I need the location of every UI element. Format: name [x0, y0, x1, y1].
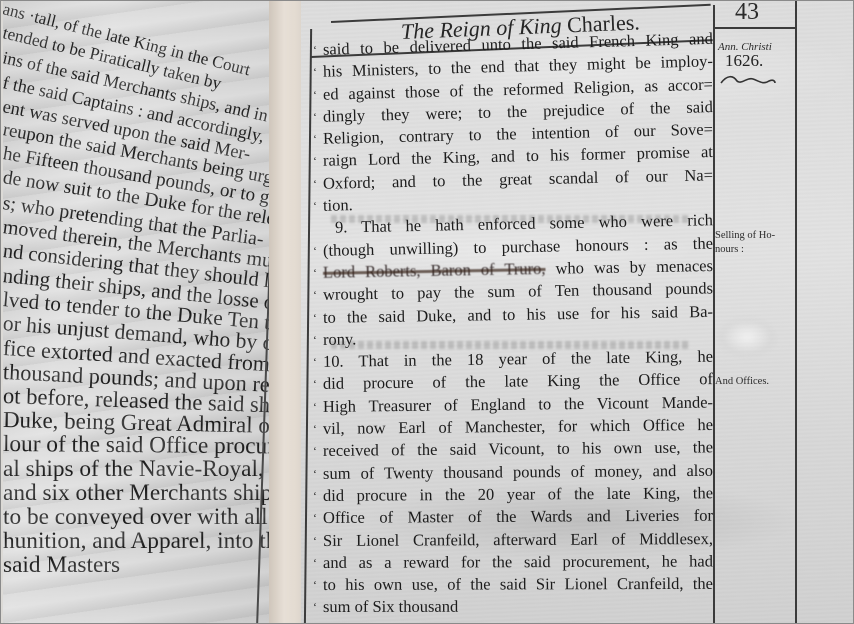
quote-mark: ‘ [313, 150, 324, 173]
left-page-line: said Masters [3, 553, 273, 577]
quote-mark: ‘ [313, 329, 323, 351]
quote-mark: ‘ [313, 396, 323, 418]
margin-year: 1626. [725, 51, 763, 71]
body-line-text: Sir Lionel Cranfeild, afterward Earl of … [323, 528, 713, 552]
body-line-text: received of the said Vicount, to his own… [323, 437, 713, 463]
body-line-text: and as a reward for the said procurement… [323, 550, 713, 574]
left-page-text: ans ·tall, of the late King in the Court… [3, 1, 273, 578]
body-line: ‘Sir Lionel Cranfeild, afterward Earl of… [313, 528, 713, 552]
quote-mark: ‘ [313, 507, 323, 529]
quote-mark: ‘ [313, 195, 323, 217]
body-line: ‘Office of Master of the Wards and Liver… [313, 505, 713, 530]
body-line: ‘sum of Twenty thousand pounds of money,… [313, 459, 713, 485]
quote-mark: ‘ [313, 418, 323, 440]
quote-mark: ‘ [313, 373, 323, 395]
quote-mark: ‘ [313, 83, 324, 106]
body-text: ‘said to be delivered unto the said Fren… [313, 39, 713, 619]
quote-mark: ‘ [313, 128, 324, 151]
right-page: The Reign of King Charles. 43 Ann. Chris… [301, 1, 854, 624]
show-through-text [331, 341, 691, 349]
quote-mark: ‘ [313, 574, 323, 596]
body-line-text: Office of Master of the Wards and Liveri… [323, 505, 713, 530]
page-number: 43 [735, 1, 759, 26]
left-page-line: and six other Merchants ships of [3, 481, 273, 505]
left-page-line: to be conveyed over with all their [3, 505, 273, 529]
margin-note-offices: And Offices. [715, 375, 769, 389]
text-block-left-rule [304, 29, 312, 624]
quote-mark: ‘ [313, 485, 323, 507]
left-page-line: hunition, and Apparel, into the King- [3, 529, 273, 553]
quote-mark: ‘ [313, 284, 323, 306]
quote-mark: ‘ [313, 351, 323, 373]
margin-column-right-rule [795, 1, 797, 624]
quote-mark: ‘ [313, 173, 323, 196]
margin-column-left-rule [713, 5, 715, 624]
left-page: ans ·tall, of the late King in the Court… [3, 1, 273, 624]
faded-margin-note [717, 317, 777, 357]
quote-mark: ‘ [313, 262, 323, 284]
quote-mark: ‘ [313, 440, 323, 462]
show-through-text [331, 215, 691, 223]
quote-mark: ‘ [313, 552, 323, 574]
margin-note-honours: Selling of Ho- nours : [715, 229, 775, 257]
quote-mark: ‘ [313, 39, 324, 62]
quote-mark: ‘ [313, 306, 323, 328]
photo-frame: ans ·tall, of the late King in the Court… [0, 0, 854, 624]
body-line-text: to his own use, of the said Sir Lionel C… [323, 573, 713, 596]
quote-mark [313, 217, 323, 239]
left-page-line: al ships of the Navie-Royal, called [3, 457, 273, 481]
body-line-text: sum of Twenty thousand pounds of money, … [323, 459, 713, 484]
ornament-flourish-icon [719, 73, 777, 87]
quote-mark: ‘ [313, 106, 324, 129]
body-line: ‘and as a reward for the said procuremen… [313, 550, 713, 574]
body-line-remainder: who was by menaces [545, 256, 713, 278]
body-line: ‘did procure in the 20 year of the late … [313, 482, 713, 507]
body-line: ‘to his own use, of the said Sir Lionel … [313, 573, 713, 596]
body-line-text: did procure in the 20 year of the late K… [323, 482, 713, 507]
quote-mark: ‘ [313, 596, 323, 618]
quote-mark: ‘ [313, 463, 323, 485]
struck-out-name: Lord Roberts, Baron of Truro, [323, 259, 546, 282]
quote-mark: ‘ [313, 529, 323, 551]
body-line: ‘received of the said Vicount, to his ow… [313, 437, 713, 463]
page-number-rule [713, 27, 795, 29]
body-line: ‘sum of Six thousand [313, 596, 713, 619]
quote-mark: ‘ [313, 61, 324, 84]
body-line-text: sum of Six thousand [323, 596, 713, 619]
quote-mark: ‘ [313, 239, 323, 261]
